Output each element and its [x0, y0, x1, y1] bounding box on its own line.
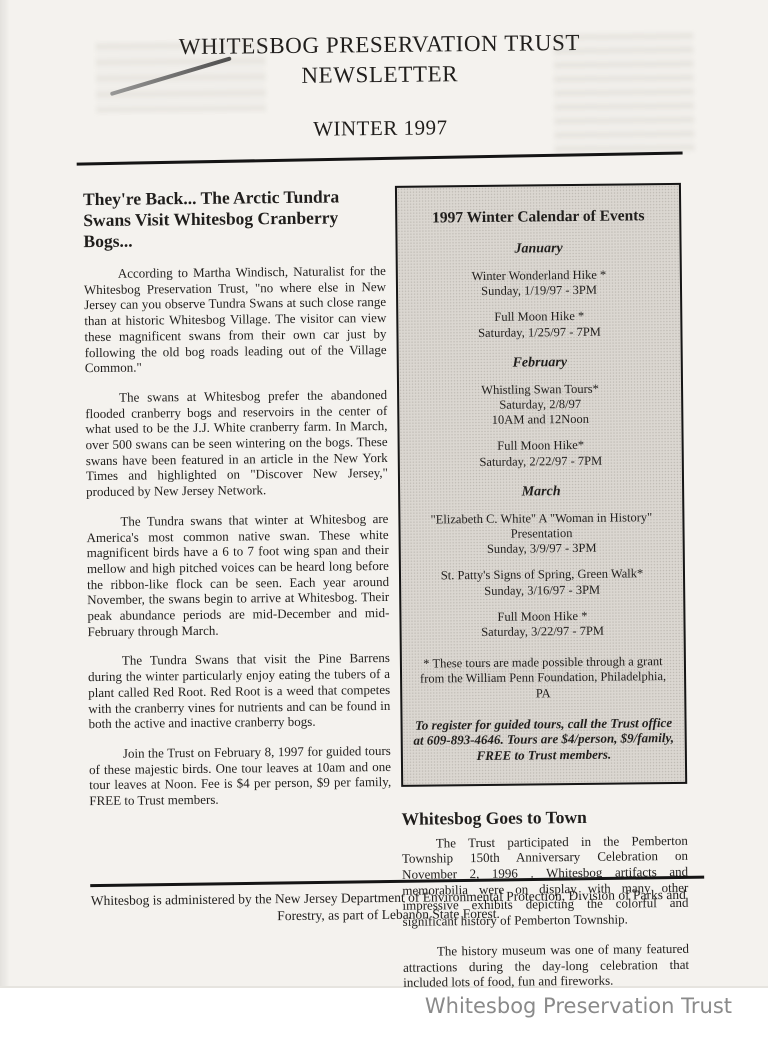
article-paragraph: The swans at Whitesbog prefer the abando…	[85, 387, 388, 500]
event-line: Sunday, 3/16/97 - 3PM	[411, 582, 673, 600]
article-title-town: Whitesbog Goes to Town	[401, 805, 687, 829]
article-paragraph: The Tundra swans that winter at Whitesbo…	[86, 511, 389, 640]
calendar-event: St. Patty's Signs of Spring, Green Walk*…	[411, 566, 673, 599]
page-content: WHITESBOG PRESERVATION TRUST NEWSLETTER …	[0, 0, 768, 1009]
calendar-event: Full Moon Hike* Saturday, 2/22/97 - 7PM	[410, 437, 672, 470]
calendar-month-february: February	[409, 354, 671, 373]
event-line: Saturday, 3/22/97 - 7PM	[412, 623, 674, 641]
article-paragraph: The Tundra Swans that visit the Pine Bar…	[88, 650, 391, 732]
article-paragraph: The history museum was one of many featu…	[403, 941, 689, 991]
calendar-registration-note: To register for guided tours, call the T…	[412, 715, 674, 765]
scan-caption-watermark: Whitesbog Preservation Trust	[425, 994, 732, 1018]
article-paragraph: Join the Trust on February 8, 1997 for g…	[89, 743, 392, 809]
calendar-month-march: March	[410, 483, 672, 502]
event-line: "Elizabeth C. White" A "Woman in History…	[410, 510, 672, 528]
event-line: Sunday, 1/19/97 - 3PM	[408, 282, 670, 300]
left-column: They're Back... The Arctic Tundra Swans …	[83, 186, 392, 823]
calendar-event: Whistling Swan Tours* Saturday, 2/8/97 1…	[409, 381, 671, 429]
article-paragraph: According to Martha Windisch, Naturalist…	[84, 263, 387, 376]
bleedthrough-artifact-left	[95, 41, 266, 113]
calendar-title: 1997 Winter Calendar of Events	[407, 207, 669, 228]
calendar-of-events-box: 1997 Winter Calendar of Events January W…	[395, 183, 687, 787]
footer-text: Whitesbog is administered by the New Jer…	[88, 885, 688, 925]
calendar-month-january: January	[408, 240, 670, 259]
calendar-event: Winter Wonderland Hike * Sunday, 1/19/97…	[408, 267, 670, 300]
event-line: St. Patty's Signs of Spring, Green Walk*	[411, 566, 673, 584]
calendar-event: Full Moon Hike * Saturday, 3/22/97 - 7PM	[411, 608, 673, 641]
event-line: Saturday, 2/22/97 - 7PM	[410, 453, 672, 471]
event-line: 10AM and 12Noon	[409, 411, 671, 429]
header-divider-rule	[77, 151, 683, 165]
article-title-swans: They're Back... The Arctic Tundra Swans …	[83, 186, 386, 252]
event-line: Saturday, 1/25/97 - 7PM	[408, 324, 670, 342]
bleedthrough-artifact-right	[553, 33, 694, 152]
newsletter-scan-page: WHITESBOG PRESERVATION TRUST NEWSLETTER …	[0, 0, 768, 1057]
event-line: Sunday, 3/9/97 - 3PM	[411, 540, 673, 558]
calendar-event: Full Moon Hike * Saturday, 1/25/97 - 7PM	[408, 308, 670, 341]
calendar-grant-footnote: * These tours are made possible through …	[412, 654, 674, 702]
calendar-event: "Elizabeth C. White" A "Woman in History…	[410, 510, 672, 558]
page-footer: Whitesbog is administered by the New Jer…	[4, 876, 768, 927]
